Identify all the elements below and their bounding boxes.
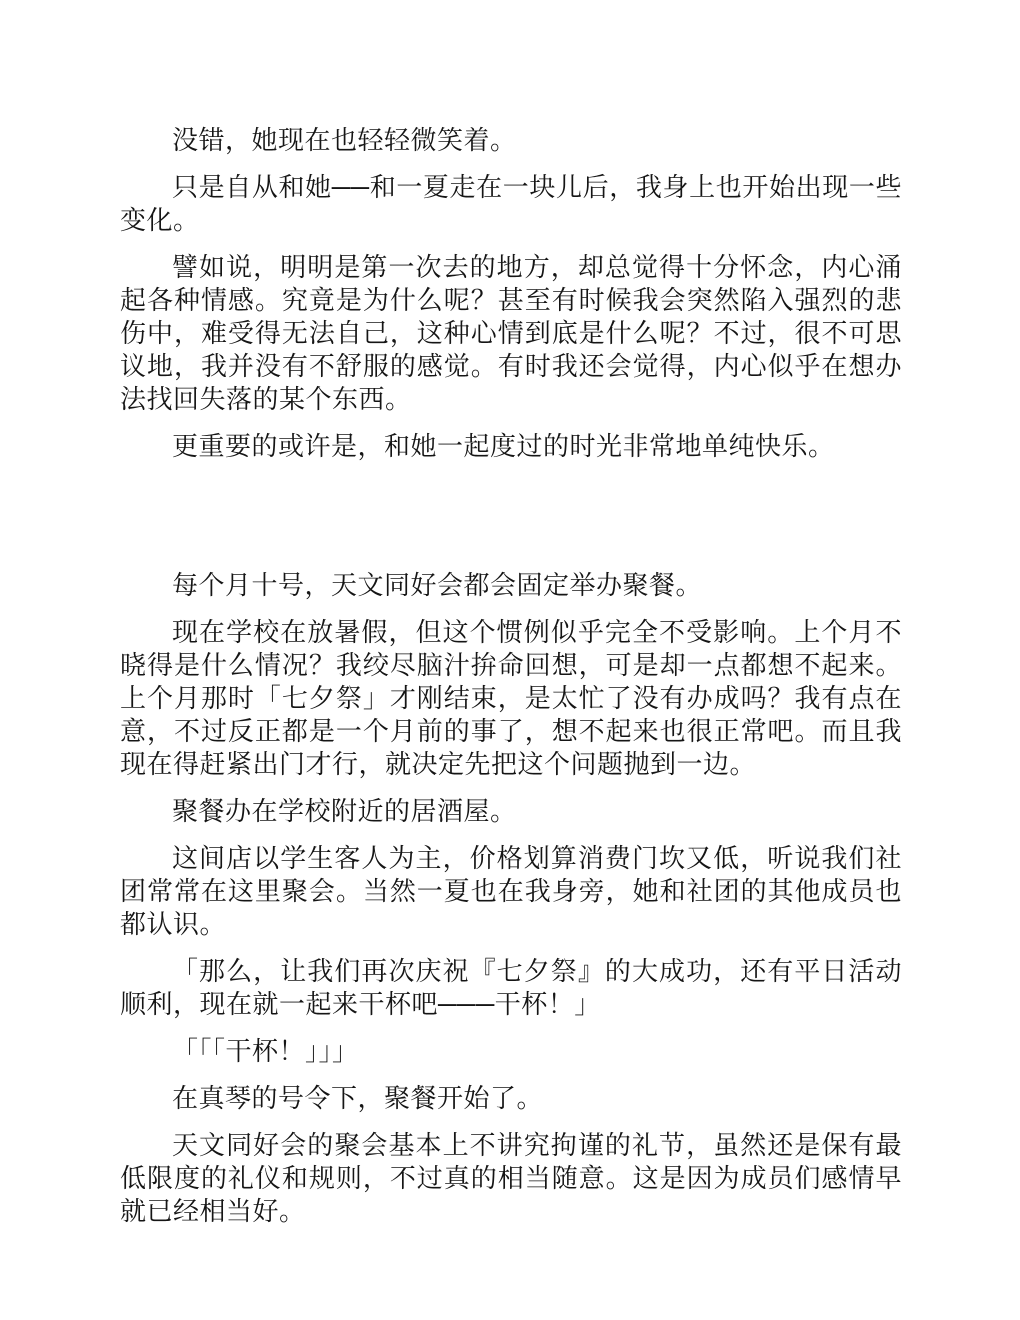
- paragraph: 「那么，让我们再次庆祝『七夕祭』的大成功，还有平日活动顺利，现在就一起来干杯吧─…: [120, 955, 902, 1021]
- paragraph: 每个月十号，天文同好会都会固定举办聚餐。: [120, 569, 902, 602]
- paragraph: 只是自从和她──和一夏走在一块儿后，我身上也开始出现一些变化。: [120, 171, 902, 237]
- paragraph: 在真琴的号令下，聚餐开始了。: [120, 1082, 902, 1115]
- paragraph: 这间店以学生客人为主，价格划算消费门坎又低，听说我们社团常常在这里聚会。当然一夏…: [120, 842, 902, 941]
- paragraph: 更重要的或许是，和她一起度过的时光非常地单纯快乐。: [120, 430, 902, 463]
- paragraph: 现在学校在放暑假，但这个惯例似乎完全不受影响。上个月不晓得是什么情况？我绞尽脑汁…: [120, 616, 902, 781]
- paragraph: 「「「干杯！」」」: [120, 1035, 902, 1068]
- scene-break: [120, 477, 902, 569]
- paragraph: 天文同好会的聚会基本上不讲究拘谨的礼节，虽然还是保有最低限度的礼仪和规则，不过真…: [120, 1129, 902, 1228]
- paragraph: 聚餐办在学校附近的居酒屋。: [120, 795, 902, 828]
- paragraph: 譬如说，明明是第一次去的地方，却总觉得十分怀念，内心涌起各种情感。究竟是为什么呢…: [120, 251, 902, 416]
- novel-page: 没错，她现在也轻轻微笑着。 只是自从和她──和一夏走在一块儿后，我身上也开始出现…: [0, 0, 1020, 1320]
- paragraph: 没错，她现在也轻轻微笑着。: [120, 124, 902, 157]
